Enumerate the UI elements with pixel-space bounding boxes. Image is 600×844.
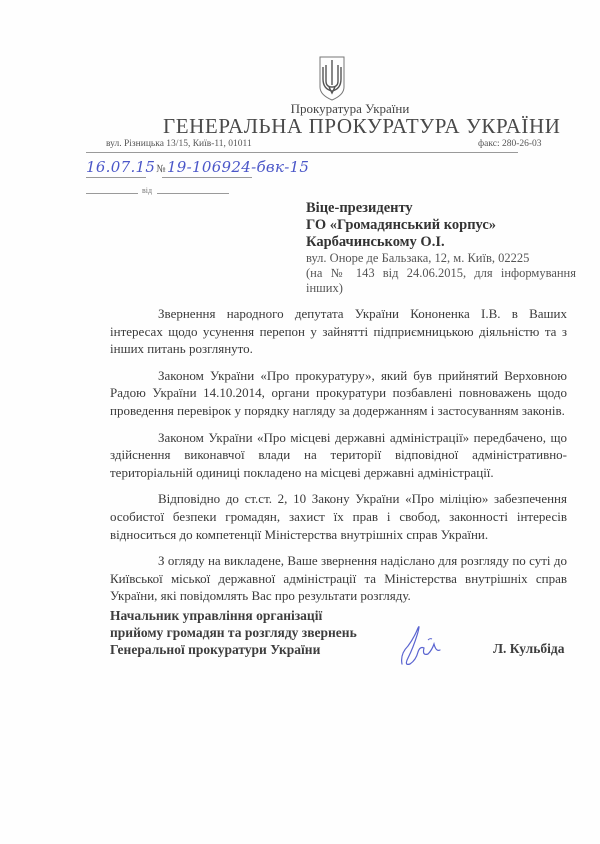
handwritten-number: 19-106924-бвк-15 [167, 158, 309, 176]
date-underline [86, 177, 146, 178]
recipient-note: (на № 143 від 24.06.2015, для інформуван… [306, 266, 576, 296]
trident-coat-of-arms-icon [318, 55, 346, 101]
incoming-number-blank [157, 193, 229, 194]
from-label: від [142, 186, 152, 195]
handwritten-date: 16.07.15 [86, 158, 155, 176]
recipient-block: Віце-президенту ГО «Громадянський корпус… [306, 200, 576, 296]
org-address: вул. Різницька 13/15, Київ-11, 01011 [106, 139, 252, 149]
org-title: ГЕНЕРАЛЬНА ПРОКУРАТУРА УКРАЇНИ [163, 114, 561, 139]
recipient-position: Віце-президенту [306, 200, 576, 217]
letter-page: Прокуратура України ГЕНЕРАЛЬНА ПРОКУРАТУ… [0, 0, 600, 844]
letterhead-divider [86, 152, 518, 153]
number-sign: № [156, 164, 166, 175]
letter-body: Звернення народного депутата України Кон… [110, 305, 567, 614]
signatory-title: Начальник управління організації прийому… [110, 607, 357, 658]
signatory-title-line: Генеральної прокуратури України [110, 641, 357, 658]
recipient-organization: ГО «Громадянський корпус» [306, 217, 576, 234]
body-paragraph: Законом України «Про місцеві державні ад… [110, 429, 567, 482]
signatory-title-line: Начальник управління організації [110, 607, 357, 624]
incoming-date-blank [86, 193, 138, 194]
org-fax: факс: 280-26-03 [478, 139, 542, 149]
recipient-address: вул. Оноре де Бальзака, 12, м. Київ, 022… [306, 251, 576, 266]
body-paragraph: Звернення народного депутата України Кон… [110, 305, 567, 358]
handwritten-reference: 16.07.15№19-106924-бвк-15 [86, 158, 309, 176]
body-paragraph: Законом України «Про прокуратуру», який … [110, 367, 567, 420]
signatory-name: Л. Кульбіда [493, 641, 564, 657]
handwritten-signature-icon [398, 624, 444, 669]
signatory-title-line: прийому громадян та розгляду звернень [110, 624, 357, 641]
body-paragraph: Відповідно до ст.ст. 2, 10 Закону Україн… [110, 490, 567, 543]
number-underline [162, 177, 252, 178]
body-paragraph: З огляду на викладене, Ваше звернення на… [110, 552, 567, 605]
recipient-name: Карбачинському О.І. [306, 234, 576, 251]
